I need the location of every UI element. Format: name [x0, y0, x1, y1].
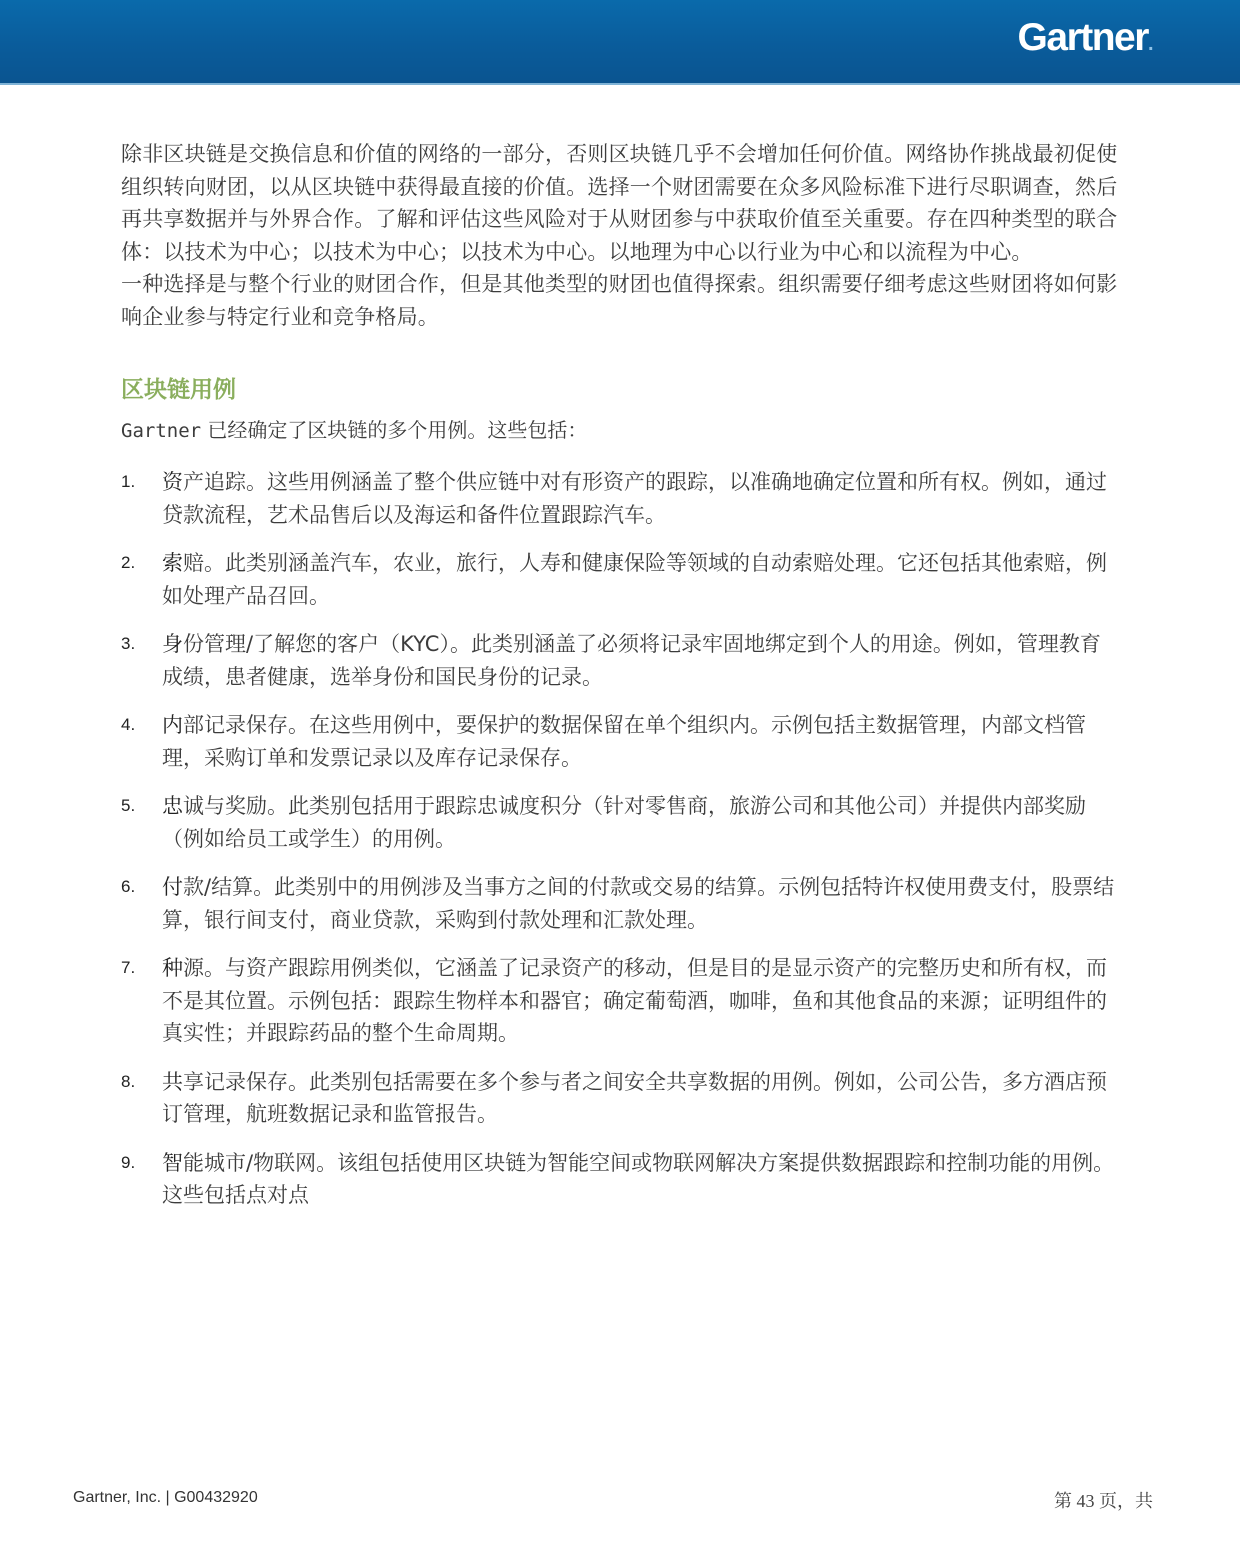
item-text: 部记录保存。在这些用例中，要保护的数据保留在单个组织内。示例包括主数据管理，内部… [162, 713, 1086, 770]
logo-dot: . [1148, 33, 1152, 55]
item-text: 能城市/物联网。该组包括使用区块链为智能空间或物联网解决方案提供数据跟踪和控制功… [162, 1151, 1114, 1208]
item-term: 共 [162, 1070, 183, 1094]
item-number: 3. [121, 628, 135, 661]
item-number: 7. [121, 952, 135, 985]
footer-page-number: 第 43 页，共 [1054, 1487, 1153, 1513]
item-text: 款/结算。此类别中的用例涉及当事方之间的付款或交易的结算。示例包括特许权使用费支… [162, 875, 1114, 932]
item-text: 享记录保存。此类别包括需要在多个参与者之间安全共享数据的用例。例如，公司公告，多… [162, 1070, 1107, 1127]
document-body: 除非区块链是交换信息和价值的网络的一部分，否则区块链几乎不会增加任何价值。网络协… [121, 138, 1121, 1228]
item-number: 8. [121, 1066, 135, 1099]
item-term: 资 [162, 470, 183, 494]
intro-brand: Gartner [121, 420, 201, 442]
list-item: 9.智能城市/物联网。该组包括使用区块链为智能空间或物联网解决方案提供数据跟踪和… [121, 1147, 1121, 1212]
item-number: 9. [121, 1147, 135, 1180]
list-item: 1.资产追踪。这些用例涵盖了整个供应链中对有形资产的跟踪，以准确地确定位置和所有… [121, 466, 1121, 531]
item-term: 内 [162, 713, 183, 737]
item-text: 诚与奖励。此类别包括用于跟踪忠诚度积分（针对零售商，旅游公司和其他公司）并提供内… [162, 794, 1086, 851]
gartner-logo: Gartner. [1018, 16, 1152, 60]
item-text: 赔。此类别涵盖汽车，农业，旅行，人寿和健康保险等领域的自动索赔处理。它还包括其他… [162, 551, 1107, 608]
item-number: 4. [121, 709, 135, 742]
list-item: 4.内部记录保存。在这些用例中，要保护的数据保留在单个组织内。示例包括主数据管理… [121, 709, 1121, 774]
item-number: 5. [121, 790, 135, 823]
item-term: 付 [162, 875, 183, 899]
item-text: 份管理/了解您的客户（KYC）。此类别涵盖了必须将记录牢固地绑定到个人的用途。例… [162, 632, 1101, 689]
item-number: 6. [121, 871, 135, 904]
item-term: 索 [162, 551, 183, 575]
item-term: 智 [162, 1151, 183, 1175]
section-intro: Gartner 已经确定了区块链的多个用例。这些包括： [121, 415, 1121, 446]
list-item: 2.索赔。此类别涵盖汽车，农业，旅行，人寿和健康保险等领域的自动索赔处理。它还包… [121, 547, 1121, 612]
section-heading: 区块链用例 [121, 373, 1121, 407]
item-text: 源。与资产跟踪用例类似，它涵盖了记录资产的移动，但是目的是显示资产的完整历史和所… [162, 956, 1107, 1045]
intro-text: 已经确定了区块链的多个用例。这些包括： [201, 418, 587, 442]
paragraph-industry: 一种选择是与整个行业的财团合作，但是其他类型的财团也值得探索。组织需要仔细考虑这… [121, 268, 1121, 333]
use-case-list: 1.资产追踪。这些用例涵盖了整个供应链中对有形资产的跟踪，以准确地确定位置和所有… [121, 466, 1121, 1212]
list-item: 7.种源。与资产跟踪用例类似，它涵盖了记录资产的移动，但是目的是显示资产的完整历… [121, 952, 1121, 1050]
list-item: 6.付款/结算。此类别中的用例涉及当事方之间的付款或交易的结算。示例包括特许权使… [121, 871, 1121, 936]
item-term: 忠 [162, 794, 183, 818]
list-item: 8.共享记录保存。此类别包括需要在多个参与者之间安全共享数据的用例。例如，公司公… [121, 1066, 1121, 1131]
item-term: 种 [162, 956, 183, 980]
item-number: 2. [121, 547, 135, 580]
list-item: 3.身份管理/了解您的客户（KYC）。此类别涵盖了必须将记录牢固地绑定到个人的用… [121, 628, 1121, 693]
footer-document-id: Gartner, Inc. | G00432920 [73, 1489, 258, 1507]
paragraph-consortium: 除非区块链是交换信息和价值的网络的一部分，否则区块链几乎不会增加任何价值。网络协… [121, 138, 1121, 268]
page-header: Gartner. [0, 0, 1240, 85]
item-number: 1. [121, 466, 135, 499]
item-text: 产追踪。这些用例涵盖了整个供应链中对有形资产的跟踪，以准确地确定位置和所有权。例… [162, 470, 1107, 527]
logo-text: Gartner [1018, 16, 1148, 59]
item-term: 身 [162, 632, 183, 656]
list-item: 5.忠诚与奖励。此类别包括用于跟踪忠诚度积分（针对零售商，旅游公司和其他公司）并… [121, 790, 1121, 855]
